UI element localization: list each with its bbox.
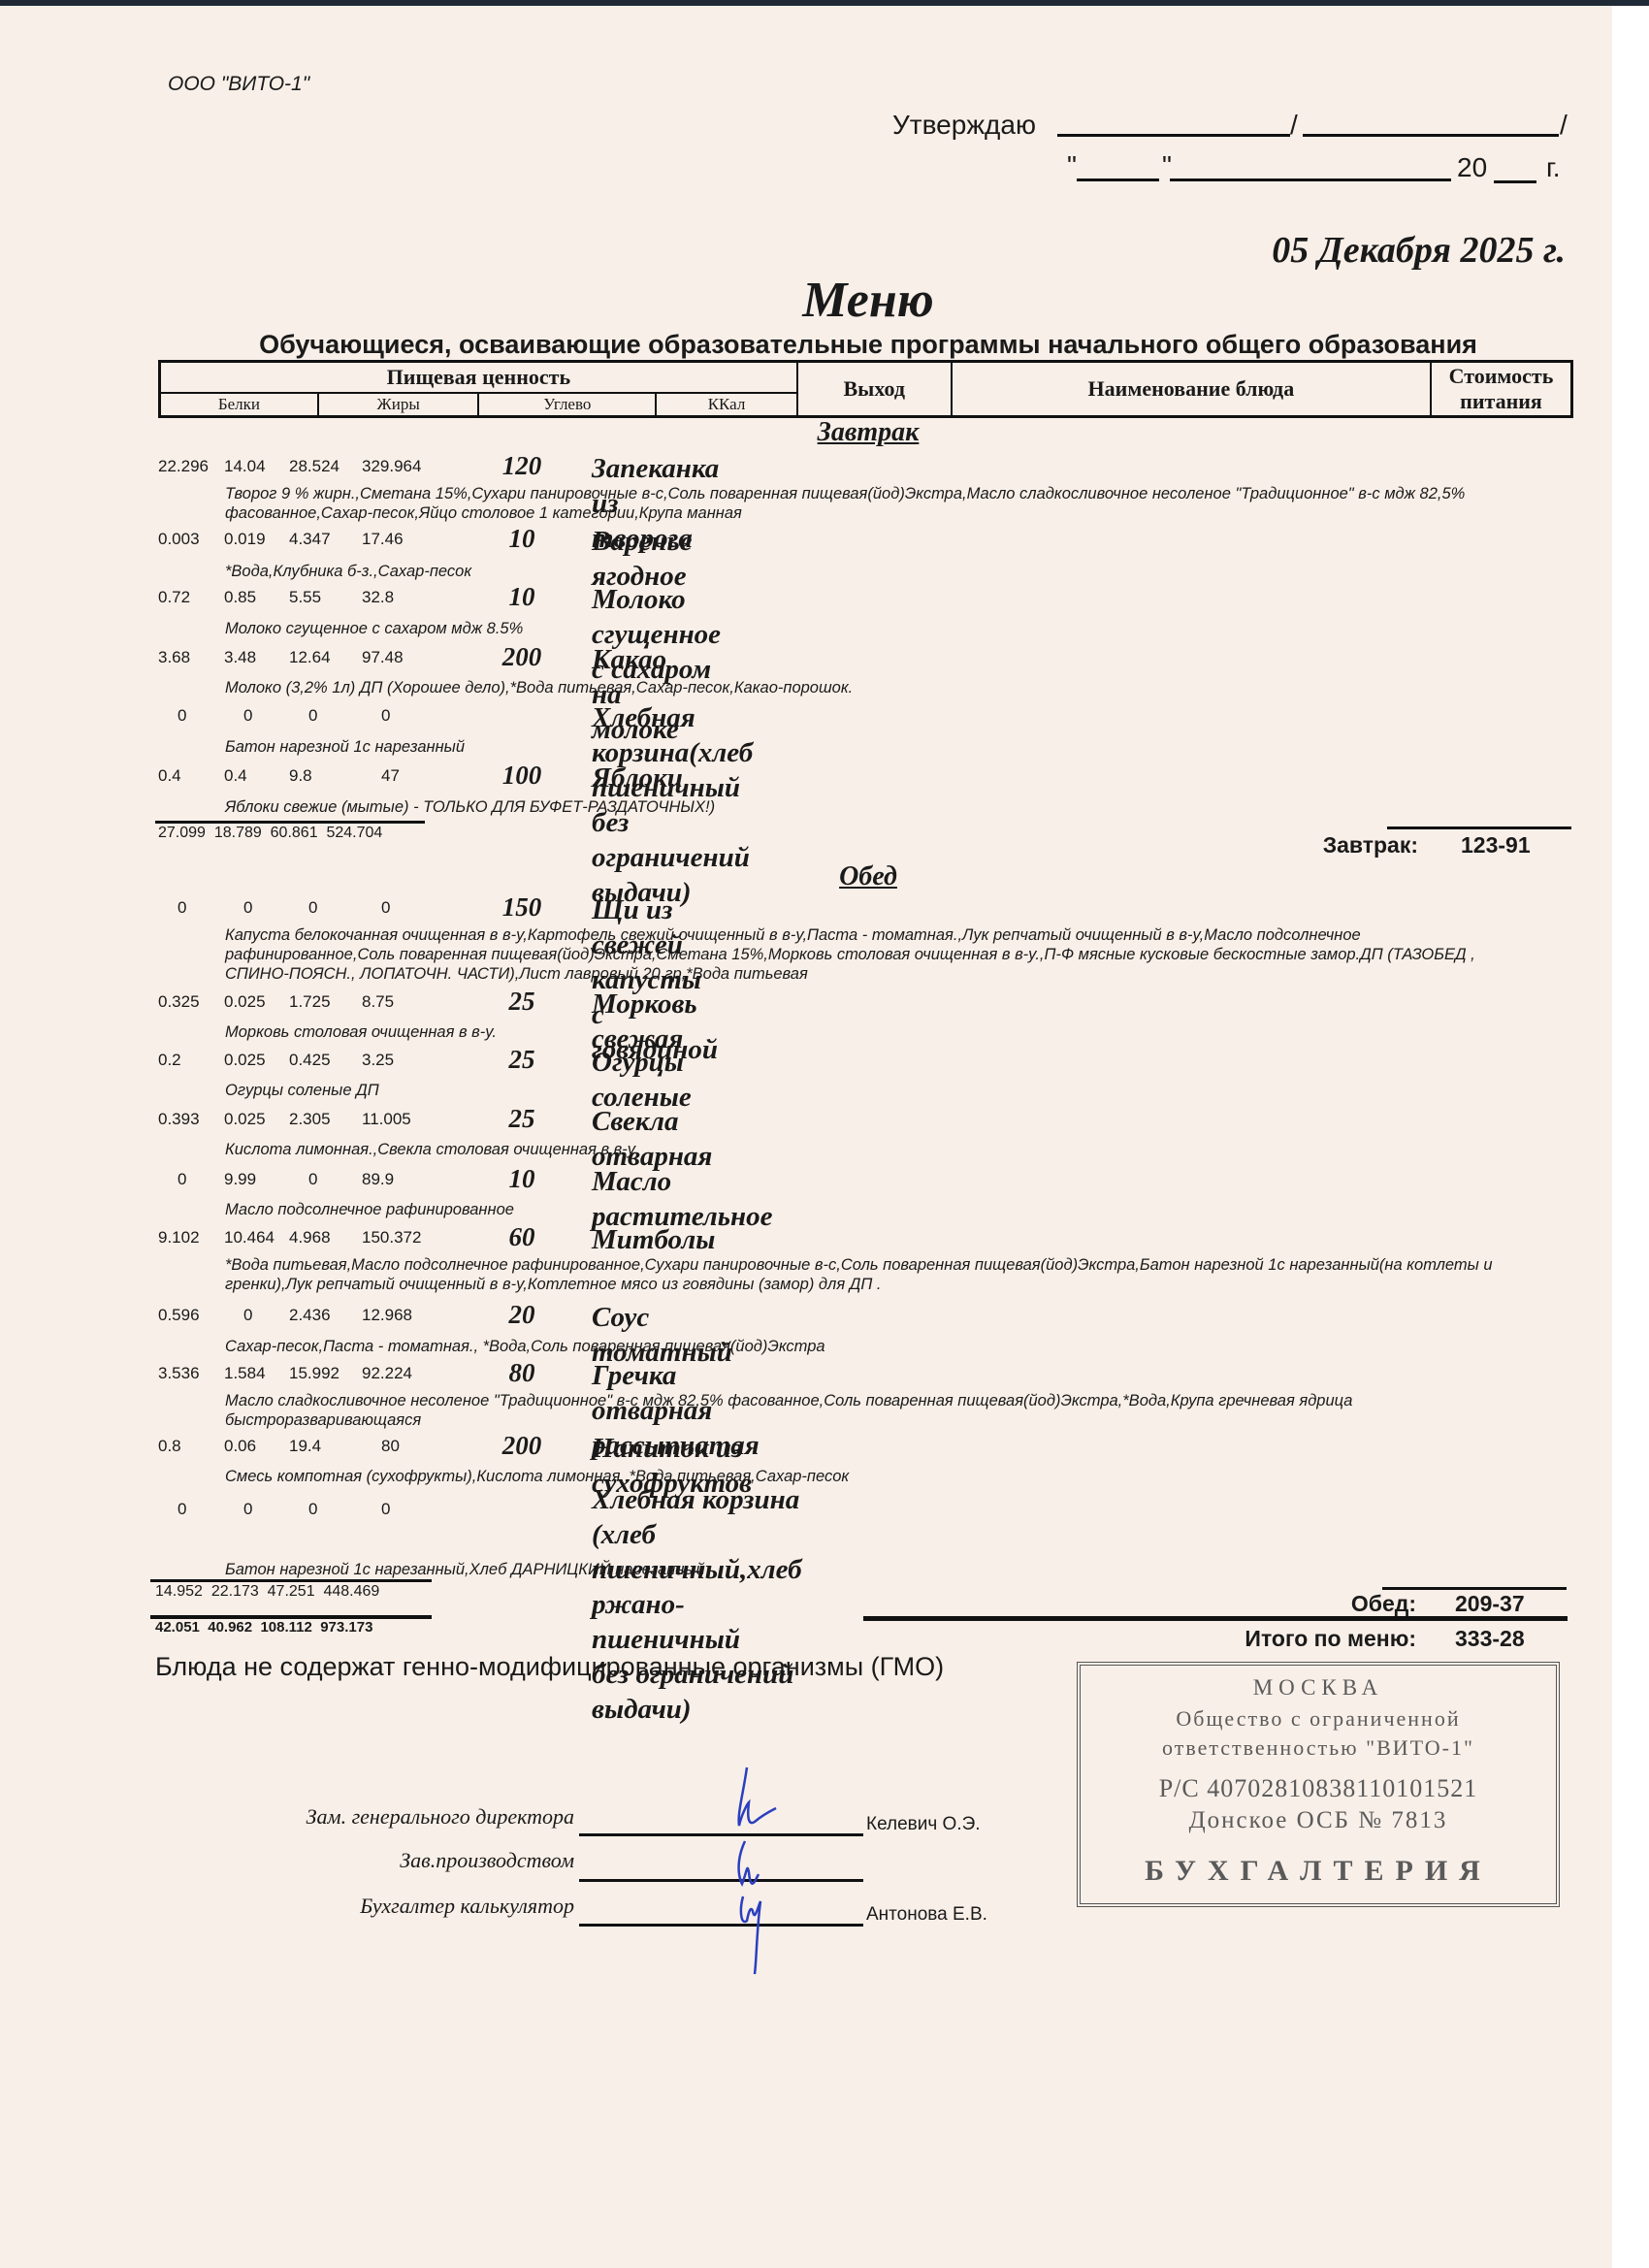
date-quote-open: " (1067, 150, 1077, 181)
nutrition-fat: 0.06 (224, 1437, 256, 1456)
nutrition-kcal: 8.75 (362, 992, 394, 1012)
nutrition-kcal: 97.48 (362, 648, 404, 667)
nutrition-protein: 0 (178, 1500, 186, 1519)
grand-total-fat: 40.962 (208, 1619, 252, 1636)
cost-header-line2: питания (1460, 389, 1542, 413)
day-line[interactable] (1077, 178, 1159, 181)
nutrition-protein: 0.4 (158, 766, 181, 786)
page-title: Меню (0, 272, 1649, 329)
nutrition-kcal: 0 (381, 706, 390, 726)
grand-cost-label: Итого по меню: (1115, 1626, 1416, 1652)
date-quote-close: " (1162, 150, 1172, 181)
nutrition-fat: 0.85 (224, 588, 256, 607)
dish-ingredients: Капуста белокочанная очищенная в в-у,Кар… (225, 925, 1535, 984)
yield-value: 100 (488, 761, 556, 791)
dish-ingredients: Творог 9 % жирн.,Сметана 15%,Сухари пани… (225, 484, 1535, 523)
nutrition-protein: 0.325 (158, 992, 200, 1012)
nutrition-fat: 9.99 (224, 1170, 256, 1189)
dish-ingredients: *Вода,Клубника б-з.,Сахар-песок (225, 562, 1535, 581)
stamp-org-line1: Общество с ограниченной (1081, 1706, 1556, 1732)
yield-value: 25 (488, 1045, 556, 1075)
nutrition-carbs: 0 (308, 898, 317, 918)
nutrition-kcal: 0 (381, 1500, 390, 1519)
dish-ingredients: Масло подсолнечное рафинированное (225, 1200, 1535, 1219)
nutrition-carbs: 19.4 (289, 1437, 321, 1456)
yield-value: 25 (488, 987, 556, 1017)
dish-name-line1: Митболы (592, 1224, 715, 1255)
nutrition-protein: 3.68 (158, 648, 190, 667)
nutrition-protein: 9.102 (158, 1228, 200, 1247)
nutrition-protein: 0.8 (158, 1437, 181, 1456)
handwritten-signature-icon (708, 1766, 795, 1979)
dish-ingredients: Смесь компотная (сухофрукты),Кислота лим… (225, 1467, 1535, 1486)
nutrition-kcal: 11.005 (362, 1110, 411, 1129)
cost-header-line1: Стоимость (1449, 364, 1554, 388)
yield-value: 200 (488, 642, 556, 672)
nutrition-carbs: 0.425 (289, 1051, 331, 1070)
nutrition-carbs: 12.64 (289, 648, 331, 667)
month-line[interactable] (1170, 178, 1451, 181)
nutrition-fat: 0.025 (224, 992, 266, 1012)
nutrition-kcal: 32.8 (362, 588, 394, 607)
menu-date: 05 Декабря 2025 г. (1272, 229, 1566, 272)
grand-totals: 42.051 40.962 108.112 973.173 (155, 1619, 372, 1636)
dish-name: Митболы (592, 1222, 715, 1257)
year-prefix: 20 (1457, 152, 1487, 183)
stamp-bank: Донское ОСБ № 7813 (1081, 1807, 1556, 1834)
yield-value: 25 (488, 1104, 556, 1134)
nutrition-kcal: 17.46 (362, 530, 404, 549)
nutrition-fat: 0.4 (224, 766, 247, 786)
yield-value: 120 (488, 451, 556, 481)
carbs-header: Углево (478, 393, 656, 417)
breakfast-total-carbs: 60.861 (271, 825, 318, 841)
lunch-cost-line (1382, 1587, 1567, 1590)
lunch-total-carbs: 47.251 (268, 1583, 315, 1600)
organization-name: ООО "ВИТО-1" (168, 73, 309, 96)
dish-ingredients: Батон нарезной 1с нарезанный (225, 737, 1535, 757)
dish-name: Яблоки (592, 761, 683, 795)
yield-value: 80 (488, 1358, 556, 1388)
dish-name-line1: Огурцы соленые (592, 1047, 692, 1113)
nutrition-protein: 0 (178, 898, 186, 918)
yield-value: 10 (488, 1164, 556, 1194)
nutrition-carbs: 15.992 (289, 1364, 339, 1383)
dish-name: Хлебная корзина (хлеб пшеничный,хлеб ржа… (592, 1482, 802, 1727)
nutrition-protein: 0 (178, 706, 186, 726)
breakfast-sum-line (155, 821, 425, 824)
dish-name-line1: Яблоки (592, 762, 683, 794)
breakfast-cost-line (1387, 826, 1571, 829)
nutrition-kcal: 150.372 (362, 1228, 421, 1247)
section-lunch-title: Обед (0, 861, 1649, 892)
lunch-total-kcal: 448.469 (323, 1583, 379, 1600)
approve-slash: / (1290, 110, 1298, 141)
signature-name-accountant: Антонова Е.В. (866, 1904, 987, 1926)
stamp-org-line2: ответственностью "ВИТО-1" (1081, 1735, 1556, 1761)
dish-name-header: Наименование блюда (952, 362, 1431, 417)
kcal-header: ККал (656, 393, 797, 417)
approve-signature-line[interactable] (1057, 134, 1290, 137)
approve-label: Утверждаю (892, 110, 1036, 141)
nutrition-fat: 0 (243, 1500, 252, 1519)
nutrition-carbs: 0 (308, 1500, 317, 1519)
grand-total-protein: 42.051 (155, 1619, 200, 1636)
lunch-cost-value: 209-37 (1455, 1591, 1525, 1617)
grand-total-kcal: 973.173 (320, 1619, 372, 1636)
nutrition-fat: 0 (243, 1306, 252, 1325)
stamp-department: БУХГАЛТЕРИЯ (1081, 1855, 1556, 1888)
nutrition-fat: 0.025 (224, 1051, 266, 1070)
yield-value: 10 (488, 582, 556, 612)
breakfast-cost-label: Завтрак: (1212, 832, 1418, 859)
grand-cost-value: 333-28 (1455, 1626, 1525, 1652)
lunch-sum-line (150, 1579, 432, 1582)
yield-value: 60 (488, 1222, 556, 1252)
breakfast-cost-value: 123-91 (1461, 832, 1531, 859)
nutrition-fat: 14.04 (224, 457, 266, 476)
nutrition-fat: 0.019 (224, 530, 266, 549)
nutrition-protein: 0.2 (158, 1051, 181, 1070)
nutrition-fat: 0 (243, 898, 252, 918)
stamp-account: Р/С 40702810838110101521 (1081, 1774, 1556, 1803)
organization-stamp: МОСКВА Общество с ограниченной ответстве… (1077, 1662, 1560, 1907)
nutrition-fat: 1.584 (224, 1364, 266, 1383)
signature-role-production-head: Зав.производством (254, 1848, 574, 1873)
yield-value: 150 (488, 892, 556, 923)
dish-name-line1: Свекла отварная (592, 1106, 712, 1172)
dish-ingredients: *Вода питьевая,Масло подсолнечное рафини… (225, 1255, 1535, 1294)
breakfast-totals: 27.099 18.789 60.861 524.704 (158, 825, 382, 842)
fat-header: Жиры (318, 393, 479, 417)
nutrition-protein: 0.72 (158, 588, 190, 607)
nutrition-kcal: 47 (381, 766, 400, 786)
nutrition-fat: 10.464 (224, 1228, 275, 1247)
stamp-city: МОСКВА (1081, 1675, 1556, 1701)
nutrition-kcal: 80 (381, 1437, 400, 1456)
dish-ingredients: Масло сладкосливочное несоленое "Традици… (225, 1391, 1535, 1430)
breakfast-total-kcal: 524.704 (326, 825, 382, 841)
grand-total-carbs: 108.112 (260, 1619, 311, 1636)
signature-name-deputy-director: Келевич О.Э. (866, 1814, 981, 1835)
nutrition-carbs: 4.347 (289, 530, 331, 549)
nutrition-kcal: 329.964 (362, 457, 421, 476)
breakfast-total-fat: 18.789 (214, 825, 262, 841)
lunch-cost-label: Обед: (1212, 1591, 1416, 1617)
nutrition-carbs: 0 (308, 706, 317, 726)
nutrition-carbs: 5.55 (289, 588, 321, 607)
dish-ingredients: Сахар-песок,Паста - томатная., *Вода,Сол… (225, 1337, 1535, 1356)
lunch-totals: 14.952 22.173 47.251 448.469 (155, 1583, 379, 1601)
year-suffix: г. (1546, 152, 1561, 183)
dish-ingredients: Яблоки свежие (мытые) - ТОЛЬКО ДЛЯ БУФЕТ… (225, 797, 1535, 817)
nutrition-protein: 3.536 (158, 1364, 200, 1383)
breakfast-total-protein: 27.099 (158, 825, 206, 841)
nutrition-kcal: 92.224 (362, 1364, 412, 1383)
dish-ingredients: Молоко (3,2% 1л) ДП (Хорошее дело),*Вода… (225, 678, 1535, 697)
nutrition-carbs: 4.968 (289, 1228, 331, 1247)
nutrition-fat: 3.48 (224, 648, 256, 667)
dish-ingredients: Огурцы соленые ДП (225, 1081, 1535, 1100)
section-breakfast-title: Завтрак (0, 417, 1649, 448)
nutrition-header: Пищевая ценность (160, 362, 797, 394)
dish-ingredients: Батон нарезной 1с нарезанный,Хлеб ДАРНИЦ… (225, 1560, 1535, 1579)
nutrition-kcal: 89.9 (362, 1170, 394, 1189)
dish-ingredients: Молоко сгущенное с сахаром мдж 8.5% (225, 619, 1535, 638)
approve-slash-end: / (1560, 110, 1568, 141)
nutrition-kcal: 12.968 (362, 1306, 412, 1325)
yield-value: 200 (488, 1431, 556, 1461)
lunch-total-protein: 14.952 (155, 1583, 203, 1600)
nutrition-kcal: 3.25 (362, 1051, 394, 1070)
nutrition-protein: 0.003 (158, 530, 200, 549)
nutrition-kcal: 0 (381, 898, 390, 918)
gmo-note: Блюда не содержат генно-модифицированные… (155, 1652, 944, 1682)
lunch-total-fat: 22.173 (211, 1583, 259, 1600)
nutrition-fat: 0.025 (224, 1110, 266, 1129)
yield-header: Выход (797, 362, 952, 417)
dish-ingredients: Морковь столовая очищенная в в-у. (225, 1022, 1535, 1042)
nutrition-carbs: 2.436 (289, 1306, 331, 1325)
yield-value: 10 (488, 524, 556, 554)
protein-header: Белки (160, 393, 318, 417)
nutrition-protein: 0.596 (158, 1306, 200, 1325)
nutrition-carbs: 9.8 (289, 766, 312, 786)
nutrition-carbs: 1.725 (289, 992, 331, 1012)
grand-cost-line (863, 1616, 1568, 1621)
nutrition-carbs: 28.524 (289, 457, 339, 476)
signature-role-deputy-director: Зам. генерального директора (254, 1804, 574, 1830)
signature-role-accountant: Бухгалтер калькулятор (254, 1894, 574, 1919)
nutrition-protein: 0.393 (158, 1110, 200, 1129)
yield-value: 20 (488, 1300, 556, 1330)
nutrition-protein: 0 (178, 1170, 186, 1189)
dish-ingredients: Кислота лимонная.,Свекла столовая очищен… (225, 1140, 1535, 1159)
page-subtitle: Обучающиеся, осваивающие образовательные… (0, 330, 1649, 360)
nutrition-fat: 0 (243, 706, 252, 726)
nutrition-carbs: 2.305 (289, 1110, 331, 1129)
nutrition-carbs: 0 (308, 1170, 317, 1189)
cost-header: Стоимость питания (1431, 362, 1572, 417)
menu-table-header: Пищевая ценность Выход Наименование блюд… (158, 360, 1573, 418)
nutrition-protein: 22.296 (158, 457, 209, 476)
approve-name-line[interactable] (1303, 134, 1559, 137)
year-line[interactable] (1494, 180, 1536, 183)
